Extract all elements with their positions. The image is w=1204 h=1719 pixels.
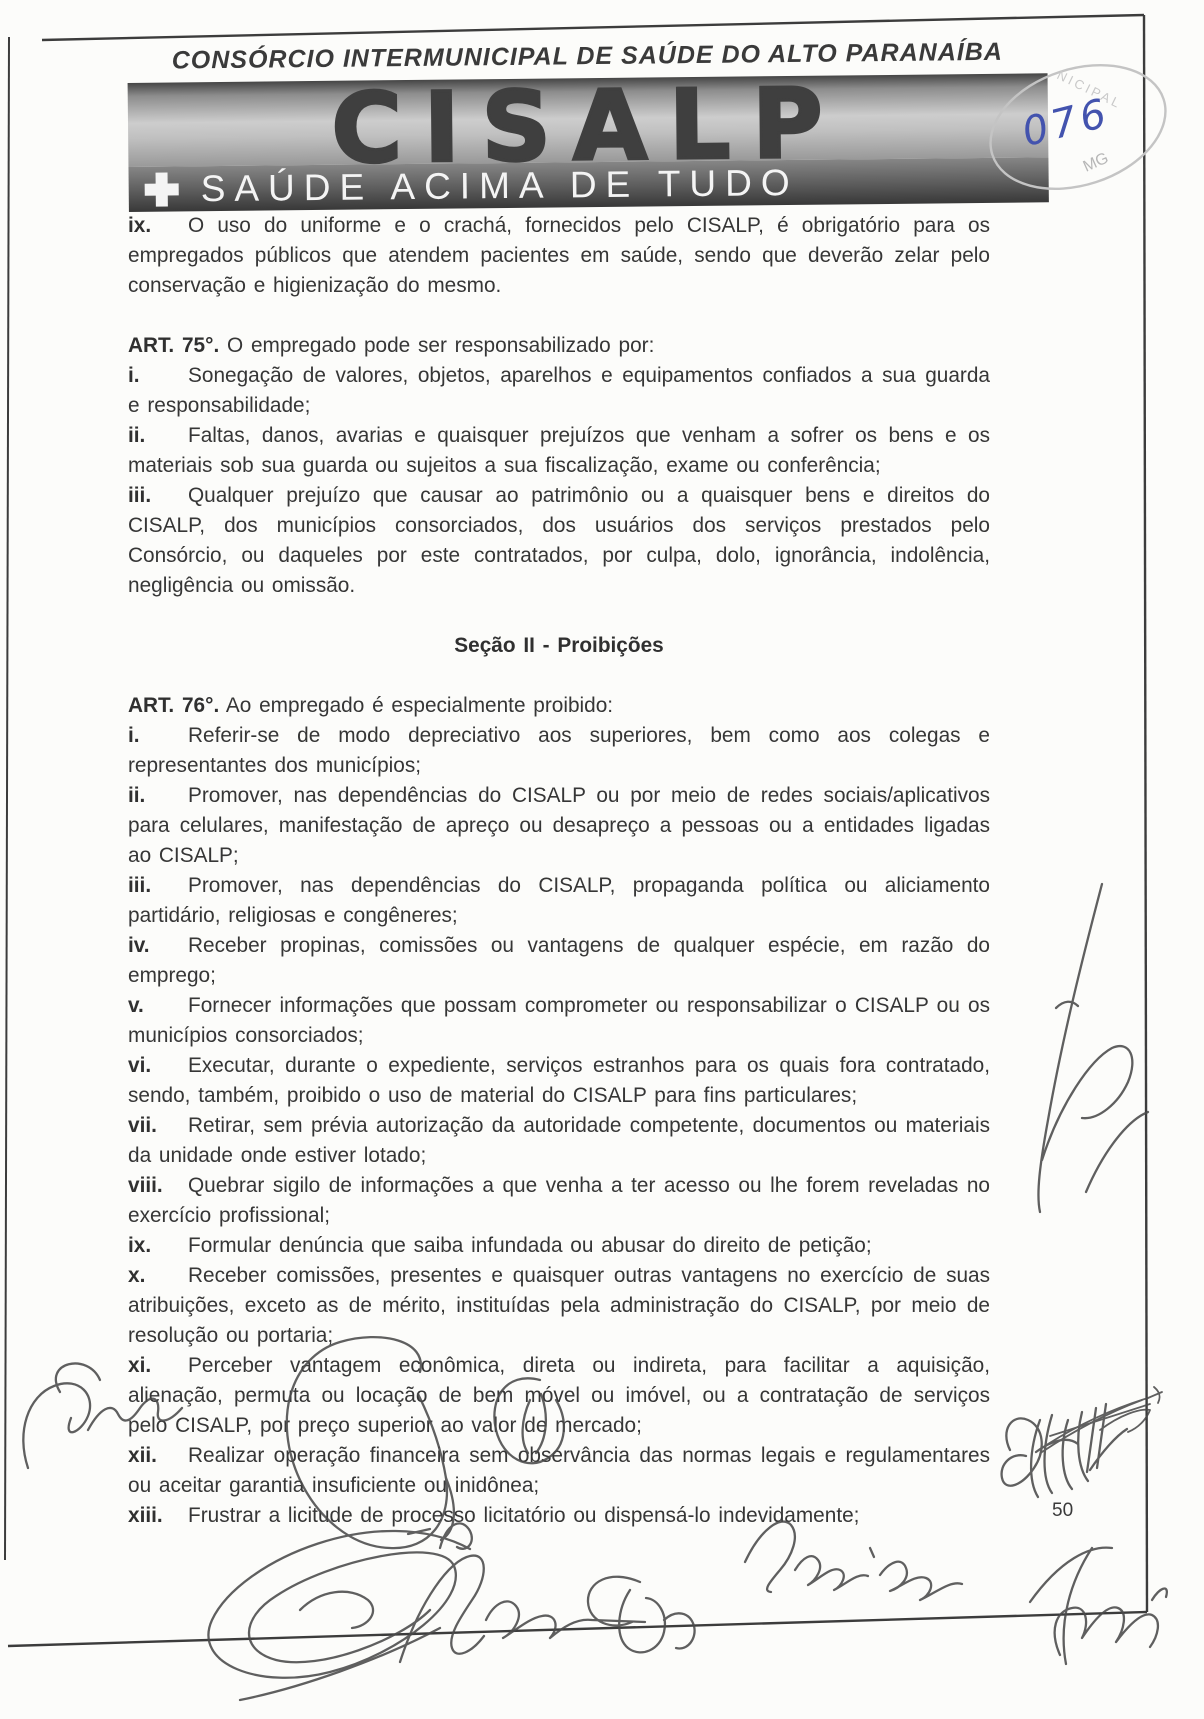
item-text: Faltas, danos, avarias e quaisquer preju… <box>128 424 990 477</box>
list-item: xi.Perceber vantagem econômica, direta o… <box>128 1351 990 1441</box>
item-text: Perceber vantagem econômica, direta ou i… <box>128 1354 990 1437</box>
logo-banner-main: CISALP <box>128 73 1049 167</box>
item-number: viii. <box>128 1171 188 1201</box>
list-item: ii.Faltas, danos, avarias e quaisquer pr… <box>128 421 990 481</box>
signature-scribble-oliveira <box>745 1522 962 1600</box>
medical-cross-icon <box>145 172 179 206</box>
item-number: xii. <box>128 1441 188 1471</box>
list-item: iv.Receber propinas, comissões ou vantag… <box>128 931 990 991</box>
list-item: ix.O uso do uniforme e o crachá, forneci… <box>128 211 990 301</box>
item-number: iv. <box>128 931 188 961</box>
list-item: xiii.Frustrar a licitude de processo lic… <box>128 1501 990 1531</box>
item-number: iii. <box>128 871 188 901</box>
list-item: ix.Formular denúncia que saiba infundada… <box>128 1231 990 1261</box>
list-item: ii.Promover, nas dependências do CISALP … <box>128 781 990 871</box>
pen-arrow-mark <box>1042 1387 1162 1452</box>
signature-scribble-corner-flourish <box>1030 1548 1167 1664</box>
list-item: vii.Retirar, sem prévia autorização da a… <box>128 1111 990 1171</box>
section-heading: Seção II - Proibições <box>128 631 990 661</box>
list-item: i.Referir-se de modo depreciativo aos su… <box>128 721 990 781</box>
item-text: Quebrar sigilo de informações a que venh… <box>128 1174 990 1227</box>
document-header: CONSÓRCIO INTERMUNICIPAL DE SAÚDE DO ALT… <box>0 0 1203 6</box>
item-number: iii. <box>128 481 188 511</box>
item-number: ix. <box>128 211 188 241</box>
list-item: v.Fornecer informações que possam compro… <box>128 991 990 1051</box>
document-body: ix.O uso do uniforme e o crachá, forneci… <box>128 211 990 1531</box>
list-item: vi.Executar, durante o expediente, servi… <box>128 1051 990 1111</box>
cisalp-wordmark: CISALP <box>331 81 845 170</box>
item-number: ix. <box>128 1231 188 1261</box>
item-number: v. <box>128 991 188 1021</box>
item-text: Realizar operação financeira sem observâ… <box>128 1444 990 1497</box>
article-75-heading: ART. 75°. O empregado pode ser responsab… <box>128 331 990 361</box>
item-number: i. <box>128 361 188 391</box>
list-item: i.Sonegação de valores, objetos, aparelh… <box>128 361 990 421</box>
item-text: Promover, nas dependências do CISALP, pr… <box>128 874 990 927</box>
item-number: xi. <box>128 1351 188 1381</box>
item-text: Sonegação de valores, objetos, aparelhos… <box>128 364 990 417</box>
item-number: ii. <box>128 421 188 451</box>
item-text: Executar, durante o expediente, serviços… <box>128 1054 990 1107</box>
item-number: i. <box>128 721 188 751</box>
list-item: xii.Realizar operação financeira sem obs… <box>128 1441 990 1501</box>
signature-scribble-beup <box>588 1577 695 1653</box>
stamp-text-bottom: MG <box>1081 150 1111 176</box>
item-number: vii. <box>128 1111 188 1141</box>
item-text: Formular denúncia que saiba infundada ou… <box>188 1234 872 1257</box>
item-number: ii. <box>128 781 188 811</box>
signature-scribble-glina <box>400 1556 645 1662</box>
list-item: iii.Promover, nas dependências do CISALP… <box>128 871 990 931</box>
list-item: iii.Qualquer prejuízo que causar ao patr… <box>128 481 990 601</box>
item-text: Referir-se de modo depreciativo aos supe… <box>128 724 990 777</box>
signature-scribble-right-dense <box>1002 1404 1127 1497</box>
list-item: x.Receber comissões, presentes e quaisqu… <box>128 1261 990 1351</box>
pen-flourish-right-margin <box>1038 884 1148 1212</box>
list-item: viii.Quebrar sigilo de informações a que… <box>128 1171 990 1231</box>
item-number: x. <box>128 1261 188 1291</box>
item-text: Frustrar a licitude de processo licitató… <box>188 1504 859 1527</box>
item-text: Receber comissões, presentes e quaisquer… <box>128 1264 990 1347</box>
article-76-heading: ART. 76°. Ao empregado é especialmente p… <box>128 691 990 721</box>
item-text: Qualquer prejuízo que causar ao patrimôn… <box>128 484 990 597</box>
signature-scribble-oval-flourish <box>208 1531 470 1700</box>
item-text: O uso do uniforme e o crachá, fornecidos… <box>128 214 990 297</box>
page-number: 50 <box>1052 1500 1073 1522</box>
item-text: Promover, nas dependências do CISALP ou … <box>128 784 990 867</box>
scanned-document-page: CONSÓRCIO INTERMUNICIPAL DE SAÚDE DO ALT… <box>0 0 1204 1719</box>
item-number: xiii. <box>128 1501 188 1531</box>
item-text: Receber propinas, comissões ou vantagens… <box>128 934 990 987</box>
cisalp-logo-banner: CISALP SAÚDE ACIMA DE TUDO <box>128 73 1049 212</box>
item-text: Retirar, sem prévia autorização da autor… <box>128 1114 990 1167</box>
item-number: vi. <box>128 1051 188 1081</box>
item-text: Fornecer informações que possam comprome… <box>128 994 990 1047</box>
